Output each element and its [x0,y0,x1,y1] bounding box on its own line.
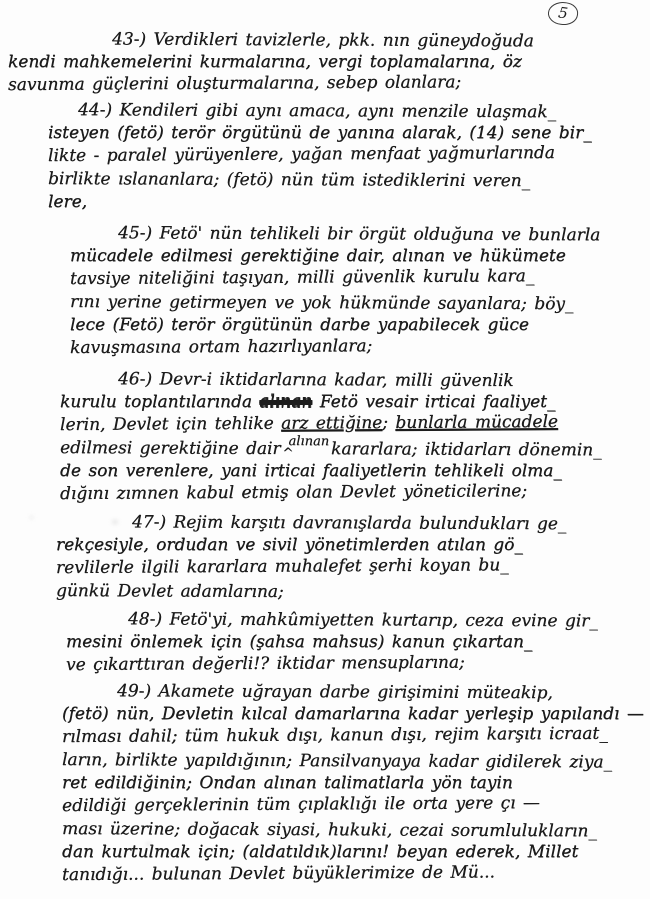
text-run: dığını zımnen kabul etmiş olan Devlet yö… [60,481,527,504]
text-line: tavsiye niteliğini taşıyan, milli güvenl… [70,264,650,291]
text-run: kavuşmasına ortam hazırlıyanlara; [70,336,372,358]
text-line: rını yerine getirmeyen ve yok hükmünde s… [70,291,650,317]
text-run: ret edildiğinin; Ondan alınan talimatlar… [62,773,513,793]
text-line: 49-) Akamete uğrayan darbe girişimini mü… [62,680,650,706]
text-line: dığını zımnen kabul etmiş olan Devlet yö… [60,479,650,506]
text-run: de son verenlere, yani irticai faaliyetl… [60,461,562,481]
text-run: kararlara; iktidarları dönemin_ [331,439,602,460]
paragraph-48: 48-) Fetö'yi, mahkûmiyetten kurtarıp, ce… [66,608,650,677]
text-run: lece (Fetö) terör örgütünün darbe yapabi… [70,315,529,335]
inserted-word: alınan [288,430,329,453]
text-line: 48-) Fetö'yi, mahkûmiyetten kurtarıp, ce… [66,608,650,634]
text-run: lerin, Devlet için tehlike [60,414,281,435]
text-run: 44-) Kendileri gibi aynı amaca, aynı men… [78,100,556,122]
text-line: ların, birlikte yapıldığının; Pansilvany… [62,749,650,775]
text-run: 45-) Fetö' nün tehlikeli bir örgüt olduğ… [118,223,600,245]
text-line: 44-) Kendileri gibi aynı amaca, aynı men… [48,99,650,125]
handwritten-text: 43-) Verdikleri tavizlerle, pkk. nın gün… [62,28,650,887]
paragraph-47: 47-) Rejim karşıtı davranışlarda bulundu… [56,511,650,603]
text-run: günkü Devlet adamlarına; [56,581,284,602]
text-run: kendi mahkemelerini kurmalarına, vergi t… [8,52,522,72]
text-run: birlikte ıslananlara; (fetö) nün tüm ist… [48,169,530,191]
text-line: savunma güçlerini oluşturmalarına, sebep… [8,70,650,97]
text-run: ması üzerine; doğacak siyasi, hukuki, ce… [62,819,597,841]
text-run: rekçesiyle, ordudan ve sivil yönetimlerd… [56,535,523,555]
text-run: kurulu toplantılarında [60,392,259,412]
text-run: rını yerine getirmeyen ve yok hükmünde s… [70,292,574,314]
text-run: Fetö vesair irticai faaliyet_ [312,392,555,412]
text-run: (fetö) nün, Devletin kılcal damarlarına … [62,704,644,724]
text-line: tanıdığı... bulunan Devlet büyüklerimize… [62,860,650,887]
paragraph-45: 45-) Fetö' nün tehlikeli bir örgüt olduğ… [70,222,650,360]
struck-word: alınan [259,392,312,412]
text-run: 47-) Rejim karşıtı davranışlarda bulundu… [132,512,566,534]
text-run: tavsiye niteliğini taşıyan, milli güvenl… [70,266,534,289]
scan-smudge [30,516,33,519]
paragraph-43: 43-) Verdikleri tavizlerle, pkk. nın gün… [8,28,650,97]
text-run: savunma güçlerini oluşturmalarına, sebep… [8,72,461,95]
text-run: dan kurtulmak için; (aldatıldık)larını! … [62,842,578,862]
text-line: ve çıkarttıran değerli!? iktidar mensupl… [66,650,650,677]
text-run: edilmesi gerektiğine dair [60,438,281,459]
scan-smudge [146,842,151,846]
text-line: 43-) Verdikleri tavizlerle, pkk. nın gün… [8,28,650,54]
text-run: tanıdığı... bulunan Devlet büyüklerimize… [62,862,495,885]
text-run: 43-) Verdikleri tavizlerle, pkk. nın gün… [112,29,534,51]
text-line: likte - paralel yürüyenlere, yağan menfa… [48,141,650,168]
underlined-phrase: bunlarla mücadele [395,412,558,433]
text-run: lere, [48,192,87,212]
text-run: ; [382,413,395,433]
text-line: rılması dahil; tüm hukuk dışı, kanun dış… [62,722,650,749]
text-line: birlikte ıslananlara; (fetö) nün tüm ist… [48,168,650,194]
text-run: rılması dahil; tüm hukuk dışı, kanun dış… [62,724,608,747]
text-run: ların, birlikte yapıldığının; Pansilvany… [62,750,612,772]
text-line: 46-) Devr-i iktidarlarına kadar, milli g… [60,368,650,394]
text-line: günkü Devlet adamlarına; [56,580,650,606]
text-line: edildiği gerçeklerinin tüm çıplaklığı il… [62,791,650,818]
text-line: ması üzerine; doğacak siyasi, hukuki, ce… [62,818,650,844]
text-run: edildiği gerçeklerinin tüm çıplaklığı il… [62,793,540,816]
scanned-document-page: 5 43-) Verdikleri tavizlerle, pkk. nın g… [0,0,650,899]
paragraph-44: 44-) Kendileri gibi aynı amaca, aynı men… [48,99,650,214]
text-line: 47-) Rejim karşıtı davranışlarda bulundu… [56,511,650,537]
paragraph-49: 49-) Akamete uğrayan darbe girişimini mü… [62,680,650,887]
text-run: 48-) Fetö'yi, mahkûmiyetten kurtarıp, ce… [128,609,598,631]
page-number-badge: 5 [547,0,580,26]
text-line: edilmesi gerektiğine dair^alınankararlar… [60,437,650,463]
text-run: mesini önlemek için (şahsa mahsus) kanun… [66,632,532,652]
text-line: revlilerle ilgili kararlara muhalefet şe… [56,553,650,580]
text-run: revlilerle ilgili kararlara muhalefet şe… [56,555,509,578]
text-run: likte - paralel yürüyenlere, yağan menfa… [48,143,555,166]
text-run: isteyen (fetö) terör örgütünü de yanına … [48,123,592,143]
text-run: 46-) Devr-i iktidarlarına kadar, milli g… [118,369,514,391]
text-line: kavuşmasına ortam hazırlıyanlara; [70,333,650,360]
text-run: ve çıkarttıran değerli!? iktidar mensupl… [66,653,465,675]
text-line: 45-) Fetö' nün tehlikeli bir örgüt olduğ… [70,222,650,248]
paragraph-46: 46-) Devr-i iktidarlarına kadar, milli g… [60,368,650,506]
text-run: 49-) Akamete uğrayan darbe girişimini mü… [117,681,553,703]
text-line: lerin, Devlet için tehlike arz ettiğine;… [60,410,650,437]
text-line: lere, [48,191,650,214]
text-run: mücadele edilmesi gerektiğine dair, alın… [70,246,566,266]
